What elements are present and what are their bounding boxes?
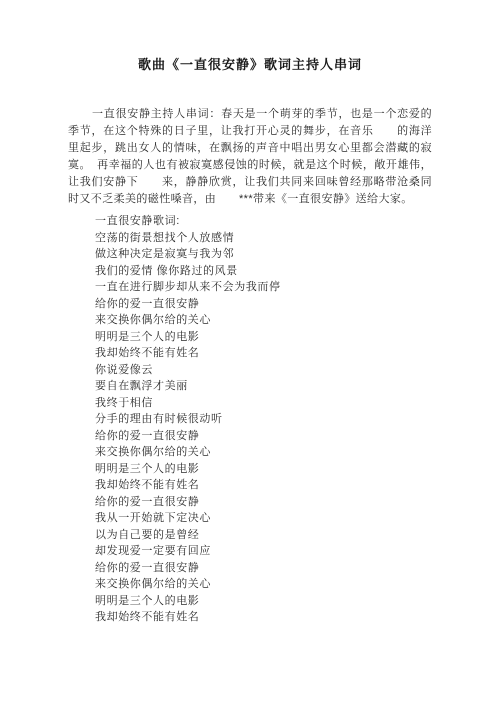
lyric-line: 我从一开始就下定决心 [95,510,500,527]
lyric-line: 空荡的街景想找个人放感情 [95,230,500,247]
document-title: 歌曲《一直很安静》歌词主持人串词 [0,56,500,73]
lyric-line: 给你的爱一直很安静 [95,560,500,577]
lyric-line: 我却始终不能有姓名 [95,477,500,494]
lyric-line: 做这种决定是寂寞与我为邻 [95,246,500,263]
lyric-line: 却发现爱一定要有回应 [95,543,500,560]
lyric-line: 你说爱像云 [95,362,500,379]
lyric-line: 一直在进行脚步却从来不会为我而停 [95,279,500,296]
lyrics-block: 一直很安静歌词: 空荡的街景想找个人放感情做这种决定是寂寞与我为邻我们的爱情 像… [95,213,500,626]
lyric-line: 明明是三个人的电影 [95,593,500,610]
lyric-line: 以为自己要的是曾经 [95,527,500,544]
lyric-line: 要自在飘浮才美丽 [95,378,500,395]
lyric-line: 我终于相信 [95,395,500,412]
lyric-line: 明明是三个人的电影 [95,329,500,346]
document-page: 歌曲《一直很安静》歌词主持人串词 一直很安静主持人串词：春天是一个萌芽的季节，也… [0,0,500,708]
lyric-line: 给你的爱一直很安静 [95,296,500,313]
lyrics-heading: 一直很安静歌词: [95,213,500,230]
intro-paragraph: 一直很安静主持人串词：春天是一个萌芽的季节，也是一个恋爱的季节，在这个特殊的日子… [68,106,432,208]
lyric-line: 来交换你偶尔给的关心 [95,576,500,593]
lyric-line: 给你的爱一直很安静 [95,428,500,445]
lyric-line: 来交换你偶尔给的关心 [95,312,500,329]
lyric-line: 我却始终不能有姓名 [95,345,500,362]
lyric-line: 来交换你偶尔给的关心 [95,444,500,461]
lyric-line: 我们的爱情 像你路过的风景 [95,263,500,280]
lyric-line: 明明是三个人的电影 [95,461,500,478]
lyric-line: 分手的理由有时候很动听 [95,411,500,428]
lyrics-lines: 空荡的街景想找个人放感情做这种决定是寂寞与我为邻我们的爱情 像你路过的风景一直在… [95,230,500,626]
lyric-line: 我却始终不能有姓名 [95,609,500,626]
lyric-line: 给你的爱一直很安静 [95,494,500,511]
